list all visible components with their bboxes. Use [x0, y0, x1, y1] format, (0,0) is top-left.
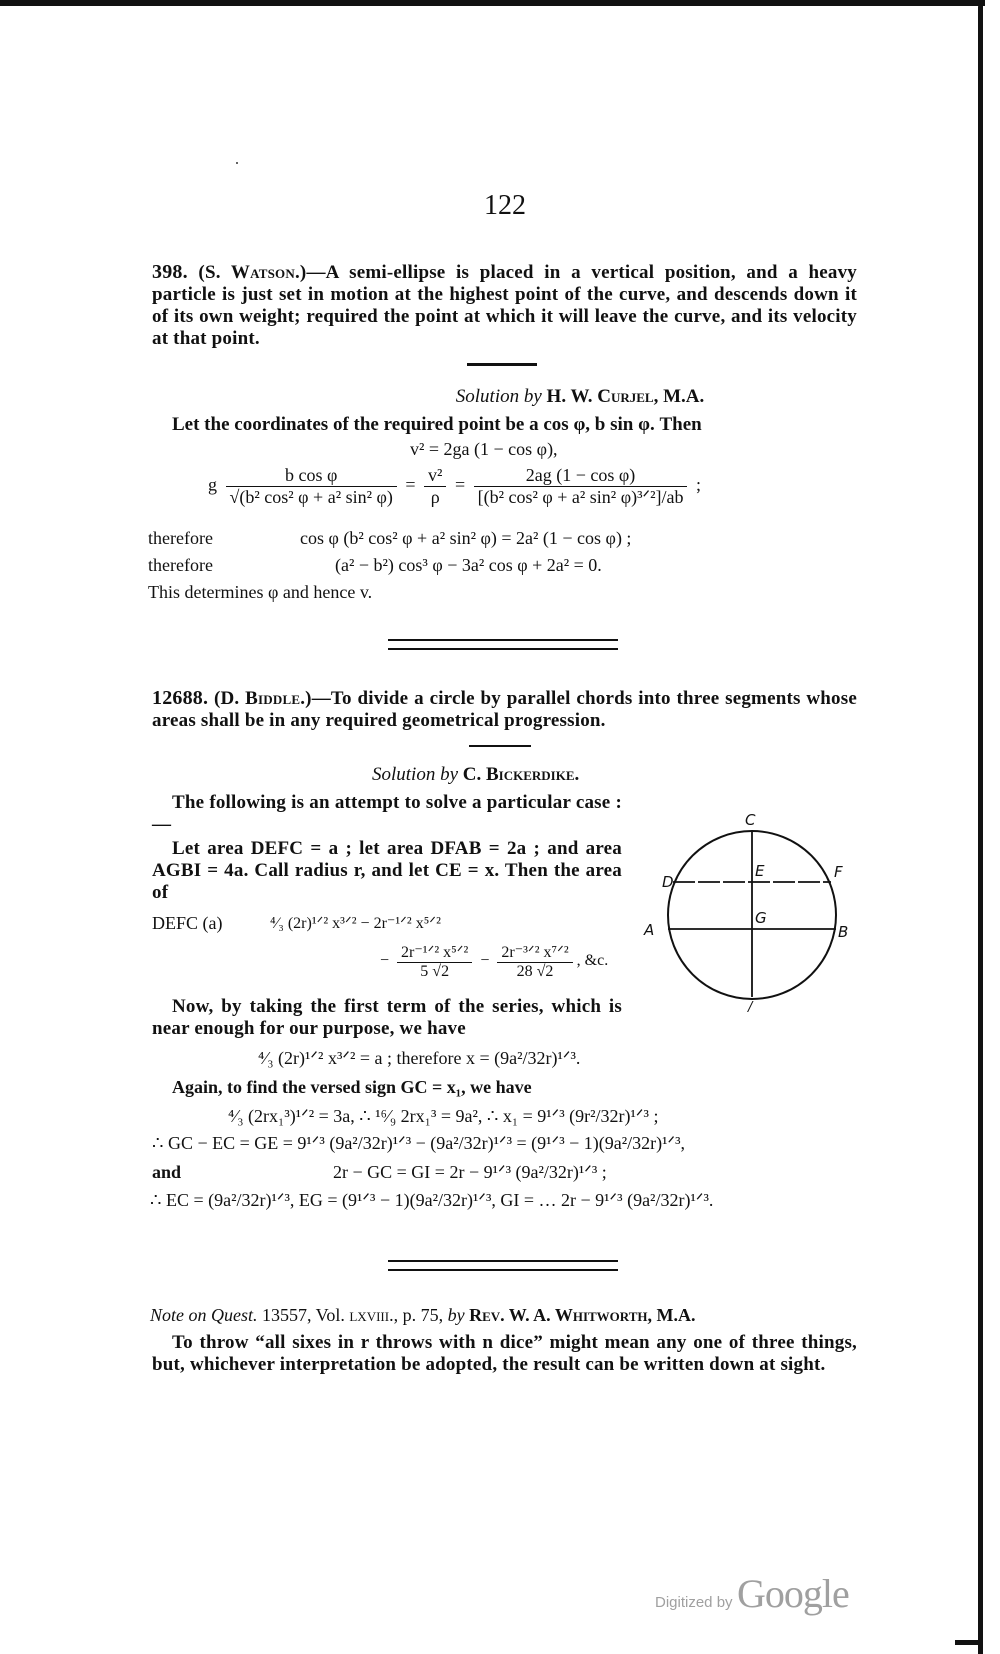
- solution-line-1: Let the coordinates of the required poin…: [172, 414, 702, 436]
- question-12688: 12688. (D. Biddle.)—To divide a circle b…: [152, 687, 857, 732]
- and-label: and: [152, 1162, 181, 1183]
- note-label: Note on Quest.: [150, 1305, 258, 1325]
- conclusion: This determines φ and hence v.: [148, 582, 372, 603]
- eq-prefix: g: [208, 475, 217, 495]
- equation-velocity: v² = 2ga (1 − cos φ),: [410, 439, 558, 460]
- paragraph-1: The following is an attempt to solve a p…: [152, 792, 622, 836]
- label-f: F: [834, 863, 843, 881]
- fraction: 2r⁻³ᐟ² x⁷ᐟ²28 √2: [497, 942, 572, 981]
- short-rule: [467, 363, 537, 366]
- watermark-prefix: Digitized by: [655, 1594, 733, 1611]
- solution-heading-12688: Solution by C. Bickerdike.: [372, 764, 579, 786]
- defc-label: DEFC (a): [152, 913, 223, 934]
- denominator: 28 √2: [497, 963, 572, 981]
- equation-8: ∴ EC = (9a²/32r)¹ᐟ³, EG = (9¹ᐟ³ − 1)(9a²…: [150, 1190, 713, 1211]
- solution-by-label: Solution by: [456, 386, 542, 407]
- solution-by-label: Solution by: [372, 764, 458, 785]
- double-rule-separator: [388, 1260, 618, 1271]
- solution-heading-398: Solution by H. W. Curjel, M.A.: [140, 386, 1000, 408]
- eq-suffix: ;: [696, 475, 701, 495]
- question-author: (D. Biddle.): [214, 688, 312, 709]
- numerator: 2r⁻¹ᐟ² x⁵ᐟ²: [397, 942, 472, 963]
- label-d: D: [662, 873, 674, 891]
- note-volume: lxviii.: [349, 1305, 393, 1325]
- note-page: , p. 75,: [394, 1305, 444, 1325]
- double-rule-separator: [388, 639, 618, 650]
- note-heading: Note on Quest. 13557, Vol. lxviii., p. 7…: [150, 1305, 696, 1326]
- paragraph-2: Let area DEFC = a ; let area DFAB = 2a ;…: [152, 838, 622, 904]
- paragraph-4: Again, to find the versed sign GC = x₁, …: [172, 1077, 532, 1098]
- fraction: 2r⁻¹ᐟ² x⁵ᐟ²5 √2: [397, 942, 472, 981]
- numerator: 2ag (1 − cos φ): [474, 465, 688, 487]
- equation-curvature: g b cos φ√(b² cos² φ + a² sin² φ) = v²ρ …: [208, 465, 701, 508]
- page-frame-bottom: [955, 1640, 983, 1645]
- numerator: v²: [424, 465, 446, 487]
- series-line-2: − 2r⁻¹ᐟ² x⁵ᐟ²5 √2 − 2r⁻³ᐟ² x⁷ᐟ²28 √2, &c…: [380, 942, 608, 981]
- label-e: E: [755, 862, 765, 880]
- series-line-1: ⁴⁄₃ (2r)¹ᐟ² x³ᐟ² − 2r⁻¹ᐟ² x⁵ᐟ²: [270, 913, 441, 933]
- equation-4: (a² − b²) cos³ φ − 3a² cos φ + 2a² = 0.: [335, 555, 602, 576]
- equation-6: ∴ GC − EC = GE = 9¹ᐟ³ (9a²/32r)¹ᐟ³ − (9a…: [152, 1133, 685, 1154]
- equation-3: cos φ (b² cos² φ + a² sin² φ) = 2a² (1 −…: [300, 528, 631, 549]
- numerator: b cos φ: [226, 465, 397, 487]
- therefore-label: therefore: [148, 528, 213, 549]
- page-number: 122: [0, 190, 1000, 222]
- denominator: 5 √2: [397, 963, 472, 981]
- fraction: v²ρ: [424, 465, 446, 508]
- note-author: Rev. W. A. Whitworth, M.A.: [469, 1305, 695, 1325]
- page-frame-right: [978, 4, 983, 1654]
- fraction: b cos φ√(b² cos² φ + a² sin² φ): [226, 465, 397, 508]
- note-by: by: [448, 1305, 465, 1325]
- speck: [236, 162, 238, 164]
- label-c: C: [745, 811, 756, 829]
- question-number: 12688.: [152, 687, 208, 709]
- therefore-label: therefore: [148, 555, 213, 576]
- fraction: 2ag (1 − cos φ)[(b² cos² φ + a² sin² φ)³…: [474, 465, 688, 508]
- numerator: 2r⁻³ᐟ² x⁷ᐟ²: [497, 942, 572, 963]
- denominator: √(b² cos² φ + a² sin² φ): [226, 487, 397, 508]
- page-frame-top: [0, 0, 985, 6]
- paragraph-3: Now, by taking the first term of the ser…: [152, 996, 622, 1040]
- label-g: G: [755, 909, 767, 927]
- series-suffix: , &c.: [577, 952, 609, 969]
- label-b: B: [838, 923, 848, 941]
- label-i: /: [747, 1000, 754, 1015]
- solver-name: C. Bickerdike.: [463, 764, 580, 785]
- equation-7: 2r − GC = GI = 2r − 9¹ᐟ³ (9a²/32r)¹ᐟ³ ;: [333, 1162, 607, 1183]
- note-question-number: 13557, Vol.: [262, 1305, 345, 1325]
- digitized-by-google-watermark: Digitized by Google: [655, 1570, 849, 1617]
- circle-chords-diagram: C D E F A G B /: [640, 795, 860, 1015]
- equation-5: ⁴⁄₃ (2rx₁³)¹ᐟ² = 3a, ∴ ¹⁶⁄₉ 2rx₁³ = 9a²,…: [228, 1106, 658, 1127]
- equation-first-term: ⁴⁄₃ (2r)¹ᐟ² x³ᐟ² = a ; therefore x = (9a…: [258, 1048, 580, 1069]
- question-author: (S. Watson.): [198, 262, 306, 283]
- question-number: 398.: [152, 261, 188, 283]
- denominator: ρ: [424, 487, 446, 508]
- label-a: A: [643, 921, 654, 939]
- solver-name: H. W. Curjel, M.A.: [547, 386, 705, 407]
- google-logo: Google: [737, 1571, 849, 1616]
- short-rule: [469, 745, 531, 747]
- note-text: To throw “all sixes in r throws with n d…: [152, 1332, 857, 1376]
- question-398: 398. (S. Watson.)—A semi-ellipse is plac…: [152, 261, 857, 350]
- denominator: [(b² cos² φ + a² sin² φ)³ᐟ²]/ab: [474, 487, 688, 508]
